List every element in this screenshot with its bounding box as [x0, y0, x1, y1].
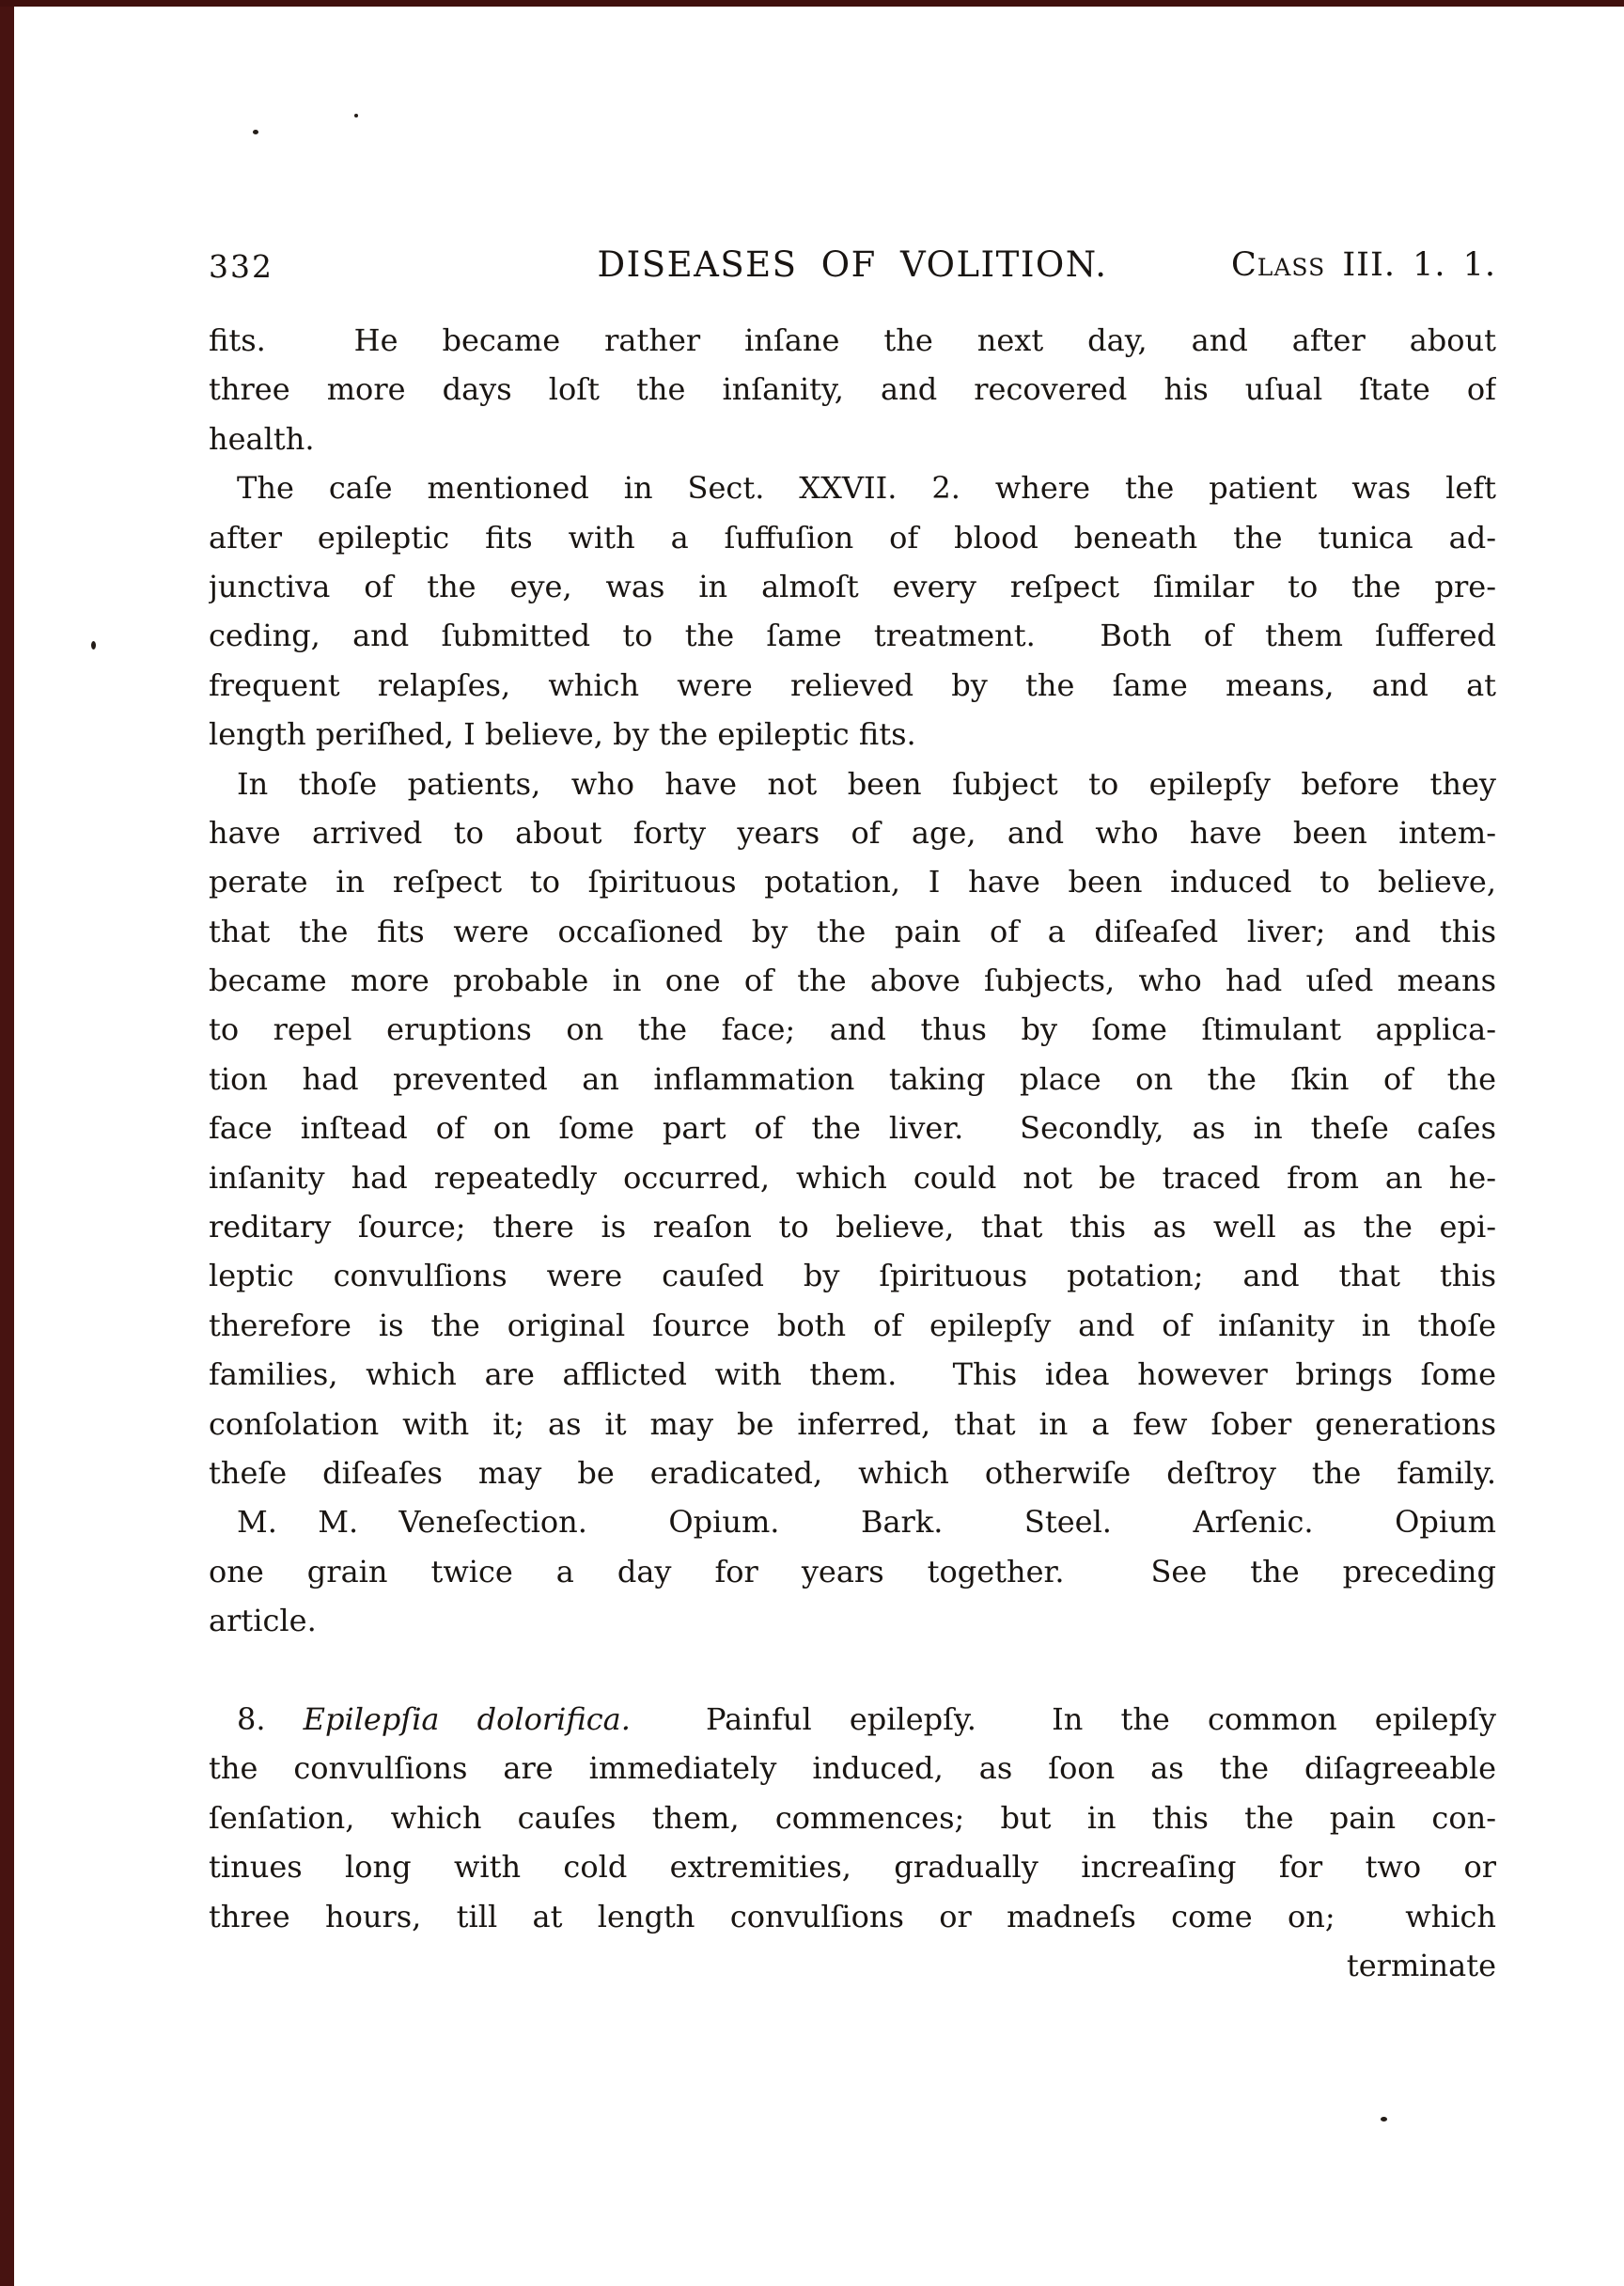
ink-speck: [1381, 2117, 1387, 2122]
text-line: to repel eruptions on the face; and thus…: [209, 1005, 1496, 1054]
body-text: Painful epilepſy. In the common epilepſy: [631, 1701, 1496, 1737]
body-text: have arrived to about forty years of age…: [209, 815, 1496, 851]
body-text: ſenſation, which cauſes them, commences;…: [209, 1800, 1496, 1836]
ink-speck: [253, 130, 258, 134]
paragraph: 8. Epilepſia dolorifica. Painful epilepſ…: [209, 1695, 1496, 1941]
text-line: that the fits were occaſioned by the pai…: [209, 907, 1496, 956]
body-text: tion had prevented an inflammation takin…: [209, 1061, 1496, 1097]
section-label: Class III. 1. 1.: [1231, 249, 1496, 282]
page-number: 332: [209, 251, 273, 282]
text-line: tinues long with cold extremities, gradu…: [209, 1842, 1496, 1891]
body-text: ceding, and ſubmitted to the ſame treatm…: [209, 618, 1496, 653]
text-line: The caſe mentioned in Sect. XXVII. 2. wh…: [209, 463, 1496, 512]
scan-edge-left: [0, 0, 14, 2286]
text-line: junctiva of the eye, was in almoſt every…: [209, 562, 1496, 611]
body-text: junctiva of the eye, was in almoſt every…: [209, 569, 1496, 604]
body-text: to repel eruptions on the face; and thus…: [209, 1011, 1496, 1047]
running-head: 332 DISEASES OF VOLITION. Class III. 1. …: [209, 235, 1496, 284]
body-text: the convulſions are immediately induced,…: [209, 1750, 1496, 1786]
text-line: one grain twice a day for years together…: [209, 1547, 1496, 1596]
body-text: length periſhed, I believe, by the epile…: [209, 716, 916, 752]
text-line: tion had prevented an inflammation takin…: [209, 1055, 1496, 1104]
body-text: became more probable in one of the above…: [209, 963, 1496, 998]
text-line: 8. Epilepſia dolorifica. Painful epilepſ…: [209, 1695, 1496, 1744]
body-text: M. M. Veneſection. Opium. Bark. Steel. A…: [237, 1504, 1496, 1540]
text-line: therefore is the original ſource both of…: [209, 1301, 1496, 1350]
body-text: three more days loſt the inſanity, and r…: [209, 371, 1496, 407]
book-page: 332 DISEASES OF VOLITION. Class III. 1. …: [0, 0, 1624, 2286]
text-line: In thoſe patients, who have not been ſub…: [209, 759, 1496, 808]
body-text: after epileptic fits with a ſuffuſion of…: [209, 520, 1496, 556]
body-text: that the fits were occaſioned by the pai…: [209, 914, 1496, 949]
text-line: families, which are afflicted with them.…: [209, 1350, 1496, 1399]
body-text: inſanity had repeatedly occurred, which …: [209, 1160, 1496, 1196]
catchword: terminate: [1347, 1948, 1496, 1983]
text-line: fits. He became rather inſane the next d…: [209, 316, 1496, 365]
text-line: leptic convulſions were cauſed by ſpirit…: [209, 1251, 1496, 1300]
text-line: became more probable in one of the above…: [209, 956, 1496, 1005]
body-text: families, which are afflicted with them.…: [209, 1356, 1496, 1392]
paragraph: M. M. Veneſection. Opium. Bark. Steel. A…: [209, 1497, 1496, 1645]
text-line: three more days loſt the inſanity, and r…: [209, 365, 1496, 414]
running-title: DISEASES OF VOLITION.: [597, 247, 1107, 282]
body-text: perate in reſpect to ſpirituous potation…: [209, 864, 1496, 900]
text-line: frequent relapſes, which were relieved b…: [209, 661, 1496, 710]
text-line: M. M. Veneſection. Opium. Bark. Steel. A…: [209, 1497, 1496, 1546]
text-line: the convulſions are immediately induced,…: [209, 1744, 1496, 1793]
body-text: reditary ſource; there is reaſon to beli…: [209, 1209, 1496, 1245]
body-text: 8.: [237, 1701, 304, 1737]
text-line: three hours, till at length convulſions …: [209, 1892, 1496, 1941]
text-line: have arrived to about forty years of age…: [209, 808, 1496, 857]
text-block: fits. He became rather inſane the next d…: [209, 316, 1496, 1941]
body-text: conſolation with it; as it may be inferr…: [209, 1406, 1496, 1442]
paragraph: fits. He became rather inſane the next d…: [209, 316, 1496, 463]
paragraph: The caſe mentioned in Sect. XXVII. 2. wh…: [209, 463, 1496, 759]
body-text: The caſe mentioned in Sect. XXVII. 2. wh…: [237, 470, 1496, 506]
body-text: tinues long with cold extremities, gradu…: [209, 1849, 1496, 1885]
scan-edge-top: [0, 0, 1624, 7]
paragraph: In thoſe patients, who have not been ſub…: [209, 759, 1496, 1498]
text-line: article.: [209, 1596, 1496, 1645]
body-text: frequent relapſes, which were relieved b…: [209, 667, 1496, 703]
body-text: fits. He became rather inſane the next d…: [209, 322, 1496, 358]
text-line: health.: [209, 415, 1496, 463]
text-line: reditary ſource; there is reaſon to beli…: [209, 1202, 1496, 1251]
body-text: one grain twice a day for years together…: [209, 1554, 1496, 1589]
text-line: after epileptic fits with a ſuffuſion of…: [209, 513, 1496, 562]
text-line: theſe diſeaſes may be eradicated, which …: [209, 1448, 1496, 1497]
text-line: face inſtead of on ſome part of the live…: [209, 1104, 1496, 1152]
text-line: conſolation with it; as it may be inferr…: [209, 1400, 1496, 1448]
text-line: ſenſation, which cauſes them, commences;…: [209, 1793, 1496, 1842]
body-text: theſe diſeaſes may be eradicated, which …: [209, 1455, 1496, 1491]
italic-text: Epilepſia dolorifica.: [304, 1701, 631, 1737]
body-text: article.: [209, 1603, 317, 1638]
text-line: length periſhed, I believe, by the epile…: [209, 710, 1496, 759]
body-text: leptic convulſions were cauſed by ſpirit…: [209, 1258, 1496, 1293]
body-text: three hours, till at length convulſions …: [209, 1899, 1496, 1934]
body-text: therefore is the original ſource both of…: [209, 1307, 1496, 1343]
body-text: In thoſe patients, who have not been ſub…: [237, 766, 1496, 802]
text-line: perate in reſpect to ſpirituous potation…: [209, 857, 1496, 906]
text-line: ceding, and ſubmitted to the ſame treatm…: [209, 611, 1496, 660]
body-text: face inſtead of on ſome part of the live…: [209, 1110, 1496, 1146]
body-text: health.: [209, 421, 315, 457]
catchword-row: terminate: [209, 1941, 1496, 1990]
text-line: inſanity had repeatedly occurred, which …: [209, 1153, 1496, 1202]
ink-speck: [354, 114, 358, 117]
ink-speck: [91, 641, 96, 650]
